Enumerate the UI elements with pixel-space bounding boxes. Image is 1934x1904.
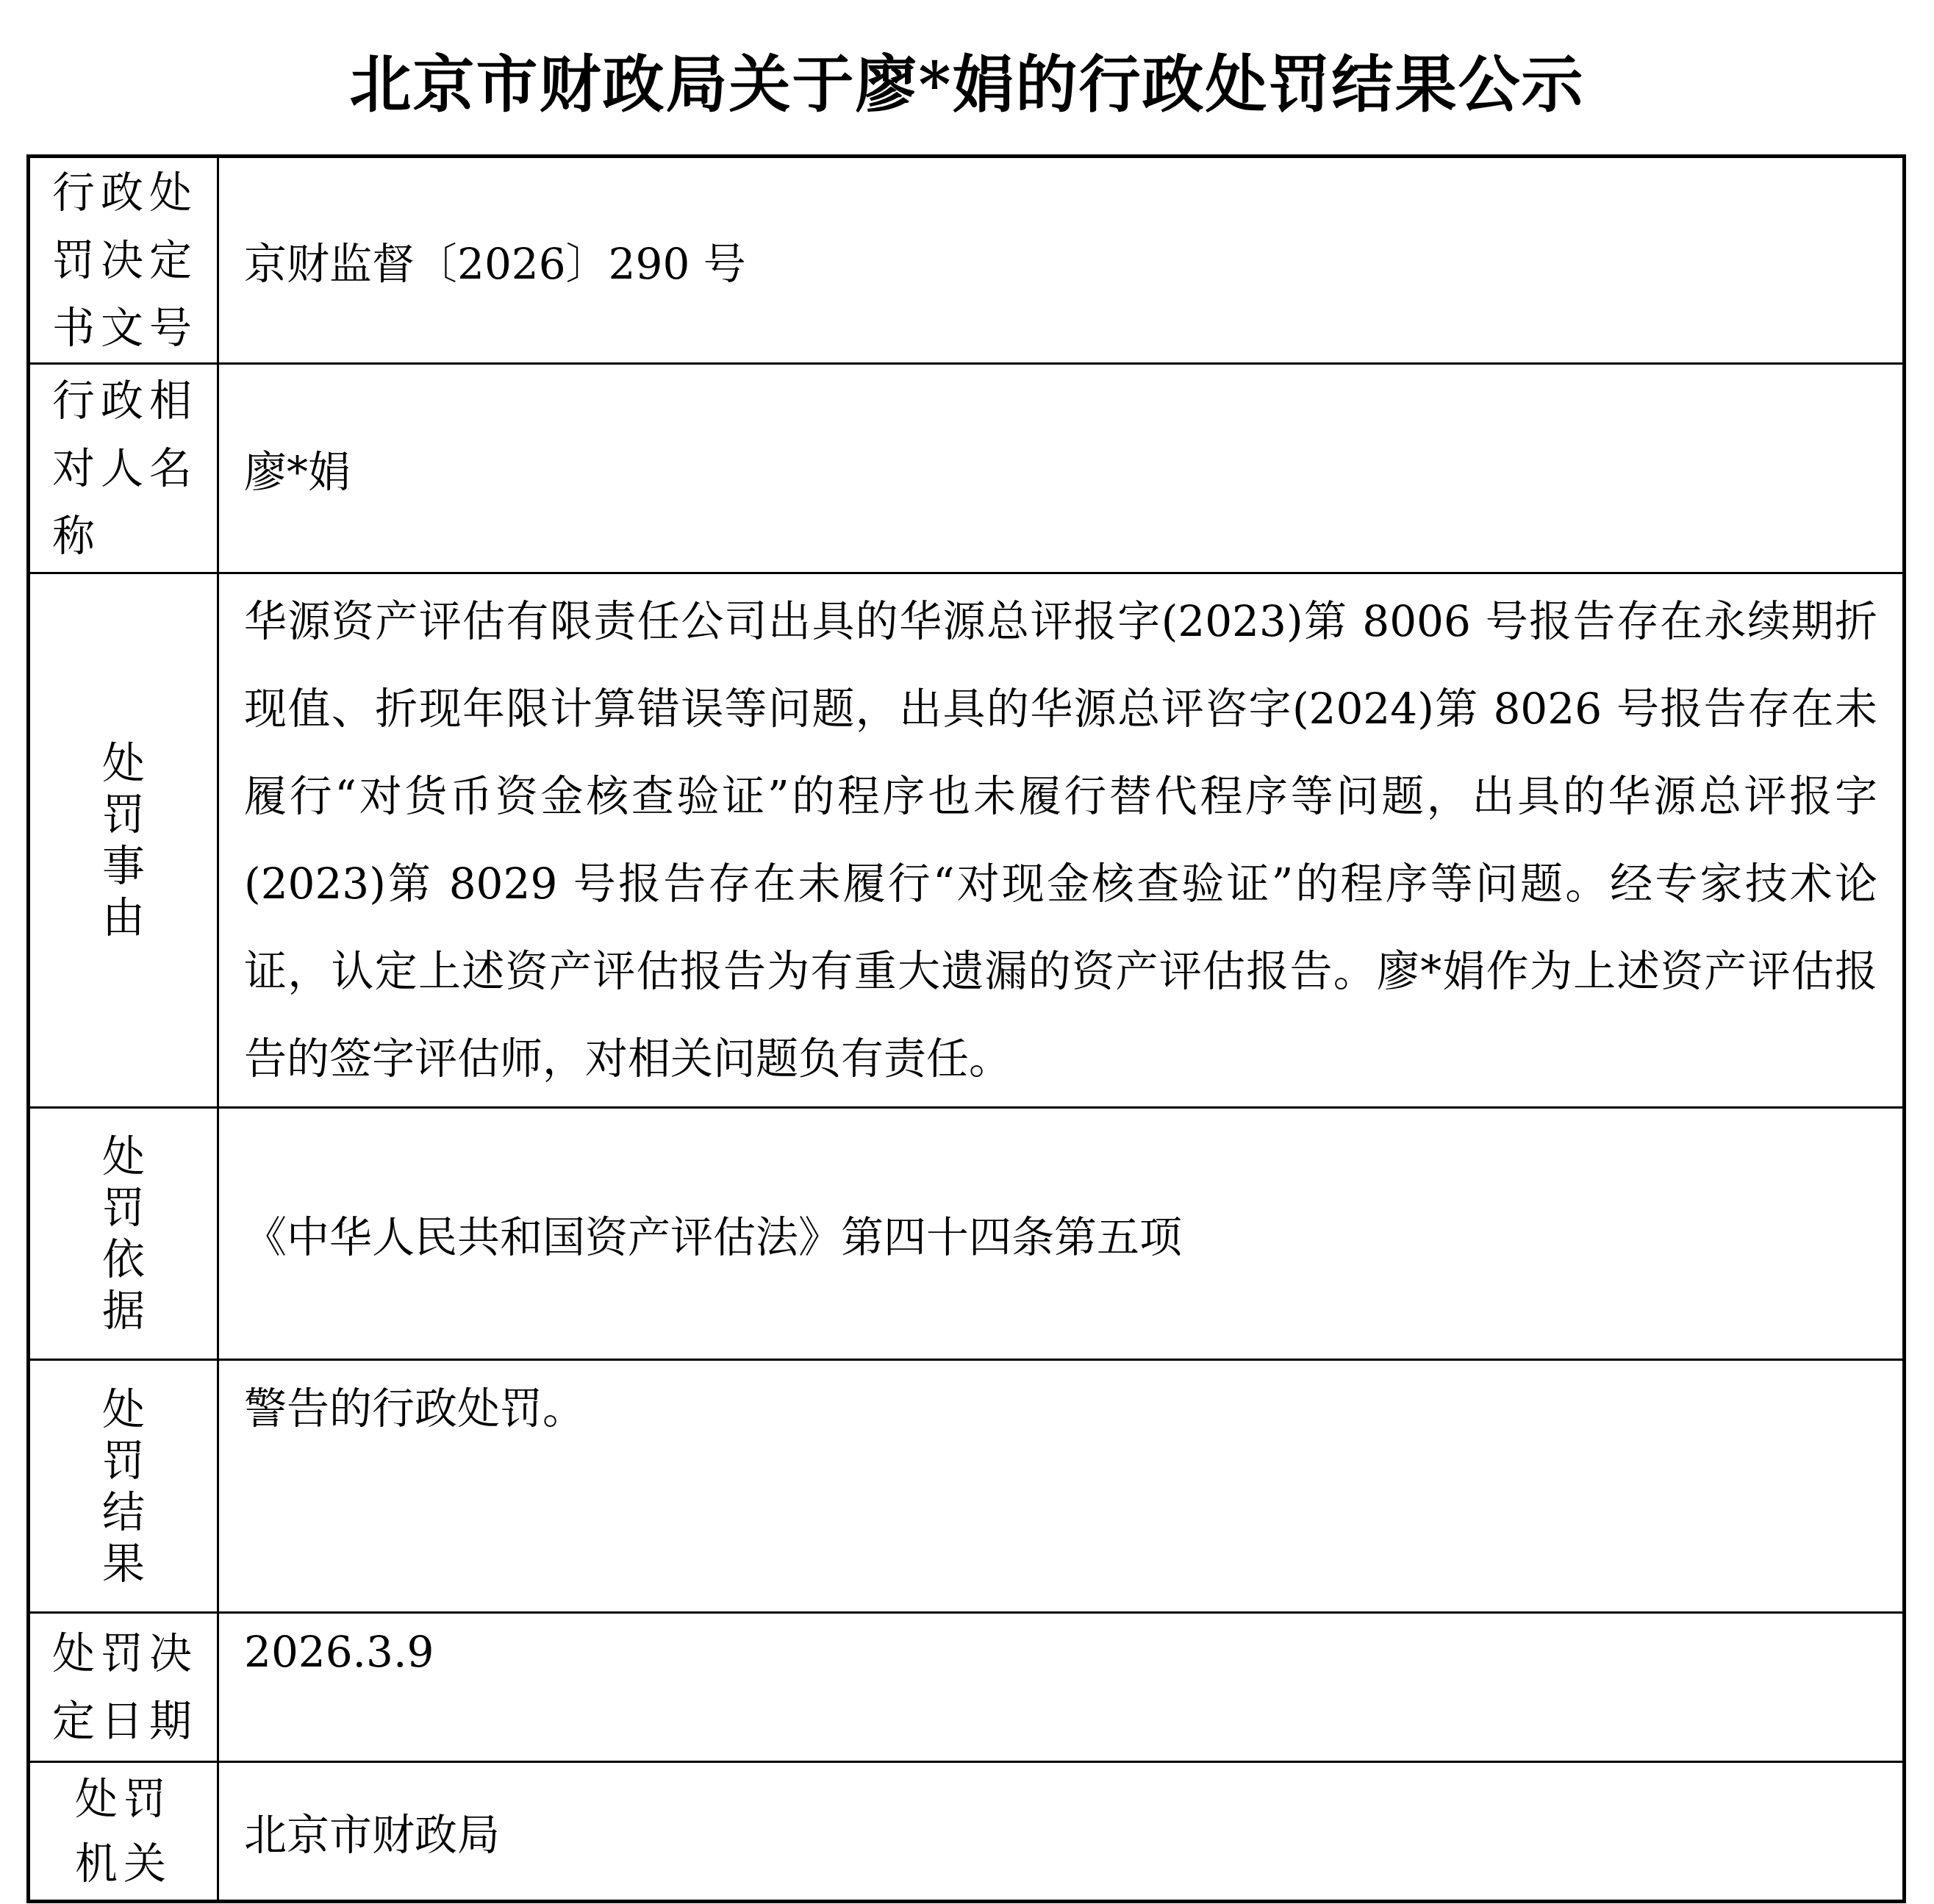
value-penalty-authority: 北京市财政局 bbox=[218, 1762, 1905, 1902]
label-penalty-authority: 处罚 机关 bbox=[29, 1762, 218, 1902]
label-penalty-basis: 处 罚 依 据 bbox=[29, 1108, 218, 1360]
row-decision-doc-number: 行政处 罚决定 书文号 京财监督〔2026〕290 号 bbox=[29, 157, 1905, 364]
label-party-name: 行政相 对人名 称 bbox=[29, 364, 218, 573]
penalty-table: 行政处 罚决定 书文号 京财监督〔2026〕290 号 行政相 对人名 称 廖*… bbox=[26, 154, 1906, 1903]
value-penalty-reason: 华源资产评估有限责任公司出具的华源总评报字(2023)第 8006 号报告存在永… bbox=[218, 573, 1905, 1108]
value-decision-doc-number: 京财监督〔2026〕290 号 bbox=[218, 157, 1905, 364]
row-penalty-result: 处 罚 结 果 警告的行政处罚。 bbox=[29, 1360, 1905, 1613]
row-party-name: 行政相 对人名 称 廖*娟 bbox=[29, 364, 1905, 573]
row-decision-date: 处罚决 定日期 2026.3.9 bbox=[29, 1613, 1905, 1762]
page-title: 北京市财政局关于廖*娟的行政处罚结果公示 bbox=[0, 35, 1934, 124]
label-penalty-reason: 处 罚 事 由 bbox=[29, 573, 218, 1108]
value-penalty-basis: 《中华人民共和国资产评估法》第四十四条第五项 bbox=[218, 1108, 1905, 1360]
label-penalty-result: 处 罚 结 果 bbox=[29, 1360, 218, 1613]
value-penalty-result: 警告的行政处罚。 bbox=[218, 1360, 1905, 1613]
document-page: 北京市财政局关于廖*娟的行政处罚结果公示 行政处 罚决定 书文号 京财监督〔20… bbox=[0, 0, 1934, 1904]
value-party-name: 廖*娟 bbox=[218, 364, 1905, 573]
label-decision-date: 处罚决 定日期 bbox=[29, 1613, 218, 1762]
row-penalty-authority: 处罚 机关 北京市财政局 bbox=[29, 1762, 1905, 1902]
value-decision-date: 2026.3.9 bbox=[218, 1613, 1905, 1762]
label-decision-doc-number: 行政处 罚决定 书文号 bbox=[29, 157, 218, 364]
row-penalty-reason: 处 罚 事 由 华源资产评估有限责任公司出具的华源总评报字(2023)第 800… bbox=[29, 573, 1905, 1108]
row-penalty-basis: 处 罚 依 据 《中华人民共和国资产评估法》第四十四条第五项 bbox=[29, 1108, 1905, 1360]
